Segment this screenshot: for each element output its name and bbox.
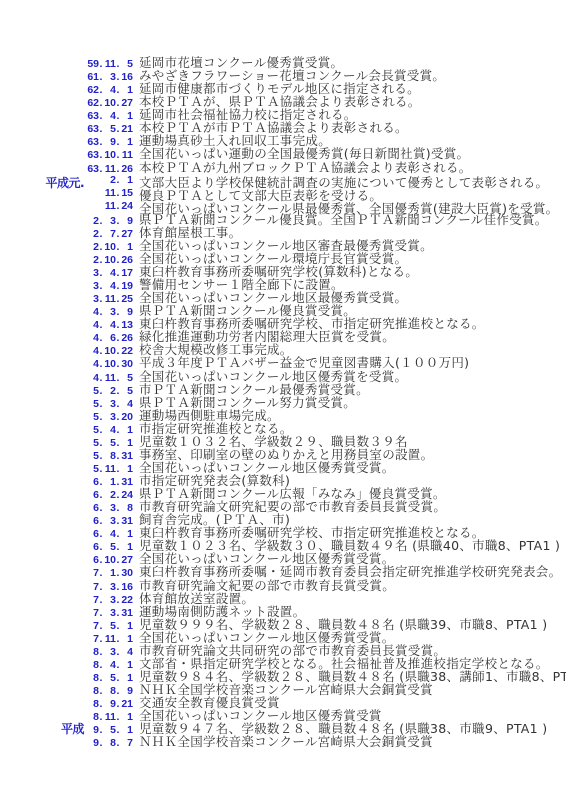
date-month: 5 xyxy=(103,437,116,450)
date-year: 5 xyxy=(84,424,99,437)
date: 4.10.22 xyxy=(84,345,133,358)
date-year: 6 xyxy=(84,554,99,567)
date-day: 31 xyxy=(120,515,133,528)
date-year: 4 xyxy=(84,345,99,358)
date-day: 27 xyxy=(120,97,133,110)
event-text: 延岡市社会福祉協力校に指定される。 xyxy=(139,108,357,121)
date-day: 1 xyxy=(120,659,133,672)
date-year: 61 xyxy=(84,71,99,84)
date: 6.3.8 xyxy=(84,502,133,515)
date-month: 3 xyxy=(103,515,116,528)
date: .11.15 xyxy=(84,187,133,200)
date-month: 4 xyxy=(103,659,116,672)
event-text: 全国花いっぱいコンクール地区優秀賞を受賞。 xyxy=(139,370,407,383)
history-row: 5.3.4 県ＰＴＡ新聞コンクール努力賞受賞。 xyxy=(0,396,566,409)
date-month: 5 xyxy=(103,123,116,136)
event-text: 警備用センサー１階全廊下に設置。 xyxy=(139,278,344,291)
history-row: 5.4.1 市指定研究推進校となる。 xyxy=(0,422,566,435)
date-day: 1 xyxy=(120,620,133,633)
date-day: 31 xyxy=(120,476,133,489)
date-year: 2 xyxy=(84,215,99,228)
date-month: 3 xyxy=(103,594,116,607)
history-row: 8.3.4 市教育研究論文共同研究の部で市教育委員長賞受賞。 xyxy=(0,644,566,657)
date-day: 20 xyxy=(120,411,133,424)
date-day: 24 xyxy=(120,489,133,502)
date-month: 5 xyxy=(103,620,116,633)
date-year: 4 xyxy=(84,306,99,319)
date-month: 3 xyxy=(103,398,116,411)
date-day: 9 xyxy=(120,306,133,319)
history-row: 5.3.20 運動場西側駐車場完成。 xyxy=(0,409,566,422)
event-text: 本校ＰＴＡが九州ブロックＰＴＡ協議会より表彰される。 xyxy=(139,161,472,174)
date-month: 9 xyxy=(103,698,116,711)
date-year: 63 xyxy=(84,149,99,162)
date-month: 10 xyxy=(103,149,116,162)
date-year: 6 xyxy=(84,515,99,528)
date: 6.5.1 xyxy=(84,541,133,554)
date-year: 5 xyxy=(84,385,99,398)
event-text: 児童数９９９名、学級数２８、職員数４８名 (県職39、市職8、PTA1 ) xyxy=(139,618,547,631)
date-month: 3 xyxy=(103,411,116,424)
date: 6.3.31 xyxy=(84,515,133,528)
date-month: 11 xyxy=(103,187,116,200)
date-month: 5 xyxy=(103,724,116,737)
date: 5.11.1 xyxy=(84,463,133,476)
date-day: 1 xyxy=(120,633,133,646)
date-year: 3 xyxy=(84,267,99,280)
date-year: 8 xyxy=(84,646,99,659)
date: 62.4.1 xyxy=(84,84,133,97)
date-year: 3 xyxy=(84,280,99,293)
date: 4.3.9 xyxy=(84,306,133,319)
event-text: 体育館屋根工事。 xyxy=(139,226,241,239)
date-day: 1 xyxy=(120,437,133,450)
date: 7.3.31 xyxy=(84,607,133,620)
date-day: 24 xyxy=(120,200,133,213)
date-year: 8 xyxy=(84,685,99,698)
date-month: 2 xyxy=(103,489,116,502)
date-month: 9 xyxy=(103,136,116,149)
event-text: 校舎大規模改修工事完成。 xyxy=(139,343,293,356)
event-text: 文部省・県指定研究学校となる。社会福祉普及推進校指定学校となる。 xyxy=(139,657,549,670)
date-day: 11 xyxy=(120,149,133,162)
date-year: 63 xyxy=(84,110,99,123)
date-day: 1 xyxy=(120,724,133,737)
date: 63.5.21 xyxy=(84,123,133,136)
date: 8.11.1 xyxy=(84,711,133,724)
history-row: 7.3.16 市教育研究論文紀要の部で市教育長賞受賞。 xyxy=(0,579,566,592)
history-row: 5.8.31 事務室、印刷室の壁のぬりかえと用務員室の設置。 xyxy=(0,448,566,461)
date: .2.1 xyxy=(84,174,133,187)
date-day: 1 xyxy=(120,174,133,187)
date: 3.4.17 xyxy=(84,267,133,280)
date-month: 2 xyxy=(103,174,116,187)
date-year: 4 xyxy=(84,358,99,371)
event-text: 市教育研究論文紀要の部で市教育長賞受賞。 xyxy=(139,579,395,592)
date-year: 5 xyxy=(84,450,99,463)
event-text: 県ＰＴＡ新聞コンクール優良賞。全国ＰＴＡ新聞コンクール佳作受賞。 xyxy=(139,213,548,226)
date: 2.3.9 xyxy=(84,215,133,228)
date: 7.1.30 xyxy=(84,567,133,580)
date-day: 1 xyxy=(120,424,133,437)
date-day: 26 xyxy=(120,332,133,345)
history-row: 8.8.9 ＮＨＫ全国学校音楽コンクール宮崎県大会銅賞受賞 xyxy=(0,683,566,696)
event-text: 全国花いっぱいコンクール環境庁長官賞受賞。 xyxy=(139,252,407,265)
date-year: 6 xyxy=(84,502,99,515)
event-text: 市教育研究論文研究紀要の部で市教育委員長賞受賞。 xyxy=(139,500,446,513)
school-history-page: 59.11.5 延岡市花壇コンクール優秀賞受賞。 61.3.16 みやざきフラワ… xyxy=(0,0,566,800)
date: 5.3.20 xyxy=(84,411,133,424)
history-row: .11.24 全国花いっぱいコンクール県最優秀賞、全国優秀賞(建設大臣賞)を受賞… xyxy=(0,200,566,213)
date-year: 6 xyxy=(84,476,99,489)
date-month: 10 xyxy=(103,241,116,254)
history-row: 4.11.5 全国花いっぱいコンクール地区優秀賞を受賞。 xyxy=(0,370,566,383)
date-day: 25 xyxy=(120,293,133,306)
date: 6.2.24 xyxy=(84,489,133,502)
event-text: 県ＰＴＡ新聞コンクール優良賞受賞。 xyxy=(139,304,356,317)
history-list: 59.11.5 延岡市花壇コンクール優秀賞受賞。 61.3.16 みやざきフラワ… xyxy=(0,56,566,748)
date-day: 26 xyxy=(120,254,133,267)
date: 7.3.16 xyxy=(84,581,133,594)
date: 2.10.26 xyxy=(84,254,133,267)
date-year: 5 xyxy=(84,437,99,450)
era-label: 平成元. xyxy=(0,177,84,190)
history-row: 8.4.1 文部省・県指定研究学校となる。社会福祉普及推進校指定学校となる。 xyxy=(0,657,566,670)
date: 63.10.11 xyxy=(84,149,133,162)
date-month: 10 xyxy=(103,358,116,371)
date: 8.5.1 xyxy=(84,672,133,685)
date: 8.4.1 xyxy=(84,659,133,672)
history-row: 9.8.7 ＮＨＫ全国学校音楽コンクール宮崎県大会銅賞受賞 xyxy=(0,735,566,748)
date-month: 1 xyxy=(103,567,116,580)
date: 5.4.1 xyxy=(84,424,133,437)
era-label: 平成 xyxy=(0,723,84,736)
date: 5.3.4 xyxy=(84,398,133,411)
history-row: 2.7.27 体育館屋根工事。 xyxy=(0,226,566,239)
event-text: 児童数９４７名、学級数２８、職員数４８名 (県職38、市職9、PTA1 ) xyxy=(139,722,547,735)
date-day: 13 xyxy=(120,319,133,332)
date-year: 8 xyxy=(84,672,99,685)
date-month: 3 xyxy=(103,502,116,515)
date: 8.8.9 xyxy=(84,685,133,698)
date-year: 9 xyxy=(84,724,99,737)
history-row: 7.1.30 東臼杵教育事務所委嘱・延岡市教育委員会指定研究推進学校研究発表会。 xyxy=(0,565,566,578)
date-day: 1 xyxy=(120,528,133,541)
date-day: 1 xyxy=(120,672,133,685)
event-text: 全国花いっぱいコンクール地区最優秀賞受賞。 xyxy=(139,291,407,304)
date: 5.8.31 xyxy=(84,450,133,463)
date: .11.24 xyxy=(84,200,133,213)
date-month: 10 xyxy=(103,345,116,358)
date-day: 31 xyxy=(120,607,133,620)
date-day: 1 xyxy=(120,711,133,724)
date: 7.11.1 xyxy=(84,633,133,646)
date-year: 5 xyxy=(84,411,99,424)
date-year: 2 xyxy=(84,228,99,241)
date: 4.6.26 xyxy=(84,332,133,345)
date: 61.3.16 xyxy=(84,71,133,84)
date-day: 1 xyxy=(120,136,133,149)
date-year: 4 xyxy=(84,332,99,345)
date-month: 6 xyxy=(103,332,116,345)
date-year: 6 xyxy=(84,541,99,554)
date-day: 30 xyxy=(120,358,133,371)
event-text: 全国花いっぱいコンクール地区優秀賞受賞。 xyxy=(139,461,395,474)
event-text: みやざきフラワーショー花壇コンクール会長賞受賞。 xyxy=(139,69,445,82)
date-day: 22 xyxy=(120,345,133,358)
date-day: 5 xyxy=(120,385,133,398)
date-month: 3 xyxy=(103,581,116,594)
date-day: 1 xyxy=(120,241,133,254)
date: 9.5.1 xyxy=(84,724,133,737)
date-day: 8 xyxy=(120,502,133,515)
date: 8.9.21 xyxy=(84,698,133,711)
history-row: 63.11.26 本校ＰＴＡが九州ブロックＰＴＡ協議会より表彰される。 xyxy=(0,161,566,174)
date-day: 4 xyxy=(120,398,133,411)
date-year: 8 xyxy=(84,659,99,672)
date-month: 3 xyxy=(103,607,116,620)
event-text: 運動場南側防護ネット設置。 xyxy=(139,605,305,618)
date-year: 63 xyxy=(84,136,99,149)
date-month: 11 xyxy=(103,58,116,71)
date-month: 4 xyxy=(103,267,116,280)
date: 63.4.1 xyxy=(84,110,133,123)
event-text: 本校ＰＴＡが市ＰＴＡ協議会より表彰される。 xyxy=(139,121,408,134)
history-row: 7.3.31 運動場南側防護ネット設置。 xyxy=(0,605,566,618)
event-text: 市指定研究発表会(算数科) xyxy=(139,474,290,487)
date-month: 10 xyxy=(103,97,116,110)
date-month: 4 xyxy=(103,84,116,97)
history-row: 2.3.9 県ＰＴＡ新聞コンクール優良賞。全国ＰＴＡ新聞コンクール佳作受賞。 xyxy=(0,213,566,226)
date-year: 7 xyxy=(84,607,99,620)
history-row: 2.10.1 全国花いっぱいコンクール地区審査最優秀賞受賞。 xyxy=(0,239,566,252)
date-year: 4 xyxy=(84,319,99,332)
date-month: 2 xyxy=(103,385,116,398)
date-month: 3 xyxy=(103,71,116,84)
date-year: 9 xyxy=(84,737,99,750)
date-day: 1 xyxy=(120,110,133,123)
date-day: 16 xyxy=(120,581,133,594)
date-month: 8 xyxy=(103,737,116,750)
event-text: 東臼杵教育事務所委嘱研究学校(算数科)となる。 xyxy=(139,265,418,278)
event-text: 優良ＰＴＡとして文部大臣表彰を受ける。 xyxy=(139,189,382,202)
date-month: 3 xyxy=(103,306,116,319)
date: 4.11.5 xyxy=(84,372,133,385)
date-year: 62 xyxy=(84,97,99,110)
date-year: 5 xyxy=(84,398,99,411)
date-day: 7 xyxy=(120,737,133,750)
date-day: 21 xyxy=(120,698,133,711)
date: 7.5.1 xyxy=(84,620,133,633)
date-month: 11 xyxy=(103,463,116,476)
date-day: 9 xyxy=(120,215,133,228)
date: 4.10.30 xyxy=(84,358,133,371)
date-month: 7 xyxy=(103,228,116,241)
date: 4.4.13 xyxy=(84,319,133,332)
date-year xyxy=(84,174,99,187)
date-year: 7 xyxy=(84,633,99,646)
event-text: 文部大臣より学校保健統計調査の実施について優秀として表彰される。 xyxy=(139,176,548,189)
history-row: 5.5.1 児童数１０３２名、学級数２９、職員数３９名 xyxy=(0,435,566,448)
date: 8.3.4 xyxy=(84,646,133,659)
date-year: 6 xyxy=(84,528,99,541)
date-day: 5 xyxy=(120,58,133,71)
event-text: ＮＨＫ全国学校音楽コンクール宮崎県大会銅賞受賞 xyxy=(139,735,433,748)
event-text: 運動場西側駐車場完成。 xyxy=(139,409,280,422)
event-text: 東臼杵教育事務所委嘱研究学校、市指定研究推進校となる。 xyxy=(139,317,485,330)
date: 6.10.27 xyxy=(84,554,133,567)
date-day: 5 xyxy=(120,372,133,385)
date-year: 62 xyxy=(84,84,99,97)
date: 6.4.1 xyxy=(84,528,133,541)
date: 63.9.1 xyxy=(84,136,133,149)
event-text: 運動場真砂土入れ回収工事完成。 xyxy=(139,134,331,147)
event-text: 体育館放送室設置。 xyxy=(139,592,254,605)
event-text: 全国花いっぱいコンクール地区優秀賞受賞。 xyxy=(139,631,395,644)
event-text: 全国花いっぱいコンクール地区優秀賞受賞。 xyxy=(139,552,395,565)
date-year xyxy=(84,200,99,213)
event-text: 全国花いっぱいコンクール地区審査最優秀賞受賞。 xyxy=(139,239,433,252)
date-day: 4 xyxy=(120,646,133,659)
date: 5.2.5 xyxy=(84,385,133,398)
date-month: 11 xyxy=(103,711,116,724)
date-month: 11 xyxy=(103,200,116,213)
history-row: 4.10.30 平成３年度ＰＴＡバザー益金で児童図書購入(１００万円) xyxy=(0,356,566,369)
date-month: 1 xyxy=(103,476,116,489)
date-year: 6 xyxy=(84,489,99,502)
date-month: 10 xyxy=(103,254,116,267)
event-text: 児童数１０２３名、学級数３０、職員数４９名 (県職40、市職8、PTA1 ) xyxy=(139,539,560,552)
date-day: 1 xyxy=(120,463,133,476)
date-day: 1 xyxy=(120,541,133,554)
event-text: 県ＰＴＡ新聞コンクール努力賞受賞。 xyxy=(139,396,356,409)
date-month: 11 xyxy=(103,293,116,306)
date-year: 59 xyxy=(84,58,99,71)
history-row: 平成元. .2.1 文部大臣より学校保健統計調査の実施について優秀として表彰され… xyxy=(0,174,566,187)
date-year: 7 xyxy=(84,620,99,633)
date-day: 1 xyxy=(120,84,133,97)
event-text: 緑化推進運動功労者内閣総理大臣賞を受賞。 xyxy=(139,330,395,343)
history-row: 63.10.11 全国花いっぱい運動の全国最優秀賞(毎日新聞社賞)受賞。 xyxy=(0,147,566,160)
date-day: 9 xyxy=(120,685,133,698)
event-text: 飼育舎完成。(ＰＴＡ、市) xyxy=(139,513,290,526)
history-row: 7.11.1 全国花いっぱいコンクール地区優秀賞受賞。 xyxy=(0,631,566,644)
date: 7.3.22 xyxy=(84,594,133,607)
date-year: 8 xyxy=(84,711,99,724)
date-day: 27 xyxy=(120,554,133,567)
date-month: 8 xyxy=(103,450,116,463)
date-year: 4 xyxy=(84,372,99,385)
event-text: ＮＨＫ全国学校音楽コンクール宮崎県大会銅賞受賞 xyxy=(139,683,433,696)
event-text: 平成３年度ＰＴＡバザー益金で児童図書購入(１００万円) xyxy=(139,356,469,369)
date-month: 4 xyxy=(103,319,116,332)
event-text: 市教育研究論文共同研究の部で市教育委員長賞受賞。 xyxy=(139,644,446,657)
date-year: 7 xyxy=(84,594,99,607)
date-month: 11 xyxy=(103,633,116,646)
date: 2.10.1 xyxy=(84,241,133,254)
date-day: 31 xyxy=(120,450,133,463)
event-text: 東臼杵教育事務所委嘱研究学校、市指定研究推進校となる。 xyxy=(139,526,485,539)
date-month: 5 xyxy=(103,541,116,554)
date-year: 3 xyxy=(84,293,99,306)
date-month: 10 xyxy=(103,554,116,567)
history-row: 5.2.5 市ＰＴＡ新聞コンクール最優秀賞受賞。 xyxy=(0,383,566,396)
date-month: 11 xyxy=(103,372,116,385)
history-row: 7.3.22 体育館放送室設置。 xyxy=(0,592,566,605)
event-text: 東臼杵教育事務所委嘱・延岡市教育委員会指定研究推進学校研究発表会。 xyxy=(139,565,561,578)
event-text: 全国花いっぱい運動の全国最優秀賞(毎日新聞社賞)受賞。 xyxy=(139,147,469,160)
date-month: 3 xyxy=(103,215,116,228)
date-month: 4 xyxy=(103,528,116,541)
date-year: 2 xyxy=(84,254,99,267)
date-month: 4 xyxy=(103,424,116,437)
date-day: 22 xyxy=(120,594,133,607)
event-text: 児童数１０３２名、学級数２９、職員数３９名 xyxy=(139,435,408,448)
date: 9.8.7 xyxy=(84,737,133,750)
date-month: 4 xyxy=(103,280,116,293)
history-row: 7.5.1 児童数９９９名、学級数２８、職員数４８名 (県職39、市職8、PTA… xyxy=(0,618,566,631)
date-day: 19 xyxy=(120,280,133,293)
date-year: 7 xyxy=(84,581,99,594)
event-text: 市ＰＴＡ新聞コンクール最優秀賞受賞。 xyxy=(139,383,369,396)
date-year: 63 xyxy=(84,123,99,136)
date-day: 21 xyxy=(120,123,133,136)
date-day: 16 xyxy=(120,71,133,84)
date-day: 15 xyxy=(120,187,133,200)
event-text: 児童数９８４名、学級数２８、職員数４８名 (県職38、講師1、市職8、PTA1 … xyxy=(139,670,566,683)
date-month: 5 xyxy=(103,672,116,685)
event-text: 交通安全教育優良賞受賞 xyxy=(139,696,280,709)
date-month: 4 xyxy=(103,110,116,123)
date-day: 17 xyxy=(120,267,133,280)
event-text: 事務室、印刷室の壁のぬりかえと用務員室の設置。 xyxy=(139,448,433,461)
date: 3.4.19 xyxy=(84,280,133,293)
date-year: 5 xyxy=(84,463,99,476)
event-text: 延岡市健康都市づくりモデル地区に指定される。 xyxy=(139,82,420,95)
date: 59.11.5 xyxy=(84,58,133,71)
date: 2.7.27 xyxy=(84,228,133,241)
event-text: 県ＰＴＡ新聞コンクール広報「みなみ」優良賞受賞。 xyxy=(139,487,446,500)
date-year: 7 xyxy=(84,567,99,580)
date-day: 30 xyxy=(120,567,133,580)
date: 3.11.25 xyxy=(84,293,133,306)
date-month: 3 xyxy=(103,646,116,659)
event-text: 本校ＰＴＡが、県ＰＴＡ協議会より表彰される。 xyxy=(139,95,421,108)
date-year xyxy=(84,187,99,200)
date-month: 8 xyxy=(103,685,116,698)
date-year: 8 xyxy=(84,698,99,711)
event-text: 市指定研究推進校となる。 xyxy=(139,422,293,435)
date: 6.1.31 xyxy=(84,476,133,489)
date-day: 27 xyxy=(120,228,133,241)
date-year: 2 xyxy=(84,241,99,254)
date: 62.10.27 xyxy=(84,97,133,110)
event-text: 全国花いっぱいコンクール地区優秀賞受賞 xyxy=(139,709,382,722)
date: 5.5.1 xyxy=(84,437,133,450)
event-text: 延岡市花壇コンクール優秀賞受賞。 xyxy=(139,56,343,69)
